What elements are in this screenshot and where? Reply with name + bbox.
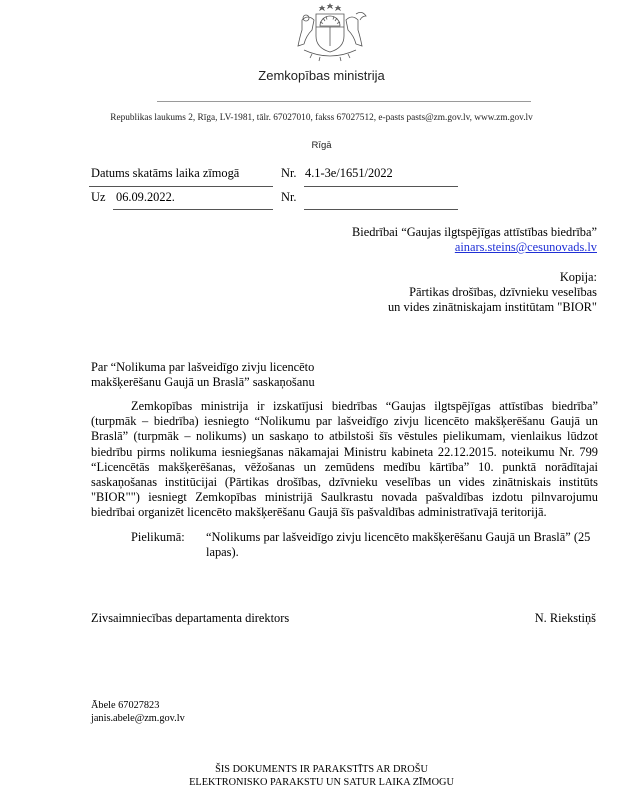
copy-recipient-line2: un vides zinātniskajam institūtam "BIOR" bbox=[388, 300, 597, 315]
subject-line1: Par “Nolikuma par lašveidīgo zivju licen… bbox=[91, 360, 314, 375]
attachment-label: Pielikumā: bbox=[131, 530, 185, 545]
reference-date: 06.09.2022. bbox=[116, 190, 175, 205]
date-underline bbox=[89, 186, 273, 187]
nr2-label: Nr. bbox=[281, 190, 297, 205]
nr-label: Nr. bbox=[281, 166, 297, 181]
contact-name-phone: Ābele 67027823 bbox=[91, 699, 159, 712]
subject-line2: makšķerēšanu Gaujā un Braslā” saskaņošan… bbox=[91, 375, 315, 390]
e-signature-notice: ŠIS DOKUMENTS IR PARAKSTĪTS AR DROŠU ELE… bbox=[0, 763, 643, 789]
e-signature-notice-line2: ELEKTRONISKO PARAKSTU UN SATUR LAIKA ZĪM… bbox=[0, 776, 643, 789]
date-label: Datums skatāms laika zīmogā bbox=[91, 166, 239, 181]
copy-recipient-line1: Pārtikas drošības, dzīvnieku veselības bbox=[409, 285, 597, 300]
recipient-email-link[interactable]: ainars.steins@cesunovads.lv bbox=[455, 240, 597, 255]
copy-label: Kopija: bbox=[560, 270, 597, 285]
nr-underline bbox=[304, 186, 458, 187]
ministry-address: Republikas laukums 2, Rīga, LV-1981, tāl… bbox=[0, 113, 643, 123]
signatory-name: N. Riekstiņš bbox=[535, 611, 596, 626]
signatory-position: Zivsaimniecības departamenta direktors bbox=[91, 611, 289, 626]
nr2-underline bbox=[304, 209, 458, 210]
document-number: 4.1-3e/1651/2022 bbox=[305, 166, 393, 181]
recipient-name: Biedrībai “Gaujas ilgtspējīgas attīstība… bbox=[352, 225, 597, 240]
coat-of-arms-icon bbox=[290, 2, 370, 64]
body-paragraph: Zemkopības ministrija ir izskatījusi bie… bbox=[91, 399, 598, 521]
ministry-name: Zemkopības ministrija bbox=[0, 68, 643, 83]
e-signature-notice-line1: ŠIS DOKUMENTS IR PARAKSTĪTS AR DROŠU bbox=[0, 763, 643, 776]
contact-email: janis.abele@zm.gov.lv bbox=[91, 712, 185, 725]
uz-underline bbox=[113, 209, 273, 210]
uz-label: Uz bbox=[91, 190, 105, 205]
attachment-text: “Nolikums par lašveidīgo zivju licencēto… bbox=[206, 530, 598, 560]
letterhead-divider bbox=[157, 101, 531, 102]
document-city: Rīgā bbox=[0, 140, 643, 151]
